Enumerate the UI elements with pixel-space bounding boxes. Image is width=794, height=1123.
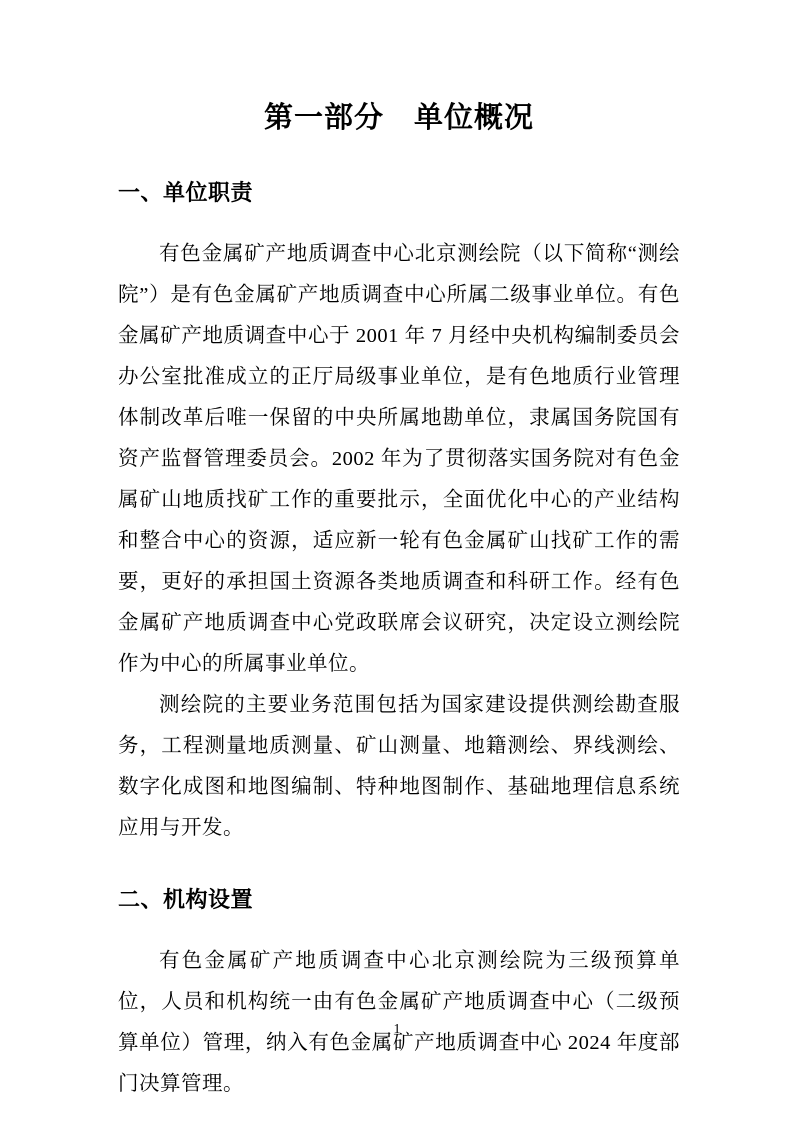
document-page: 第一部分 单位概况 一、单位职责 有色金属矿产地质调查中心北京测绘院（以下简称“…	[0, 0, 794, 1123]
paragraph-unit-duties-2: 测绘院的主要业务范围包括为国家建设提供测绘勘查服务，工程测量地质测量、矿山测量、…	[118, 685, 680, 849]
paragraph-unit-duties-1: 有色金属矿产地质调查中心北京测绘院（以下简称“测绘院”）是有色金属矿产地质调查中…	[118, 234, 680, 685]
section-heading-unit-duties: 一、单位职责	[118, 178, 680, 208]
page-number: 1	[0, 1022, 794, 1038]
section-heading-org-structure: 二、机构设置	[118, 885, 680, 915]
document-title: 第一部分 单位概况	[118, 96, 680, 140]
